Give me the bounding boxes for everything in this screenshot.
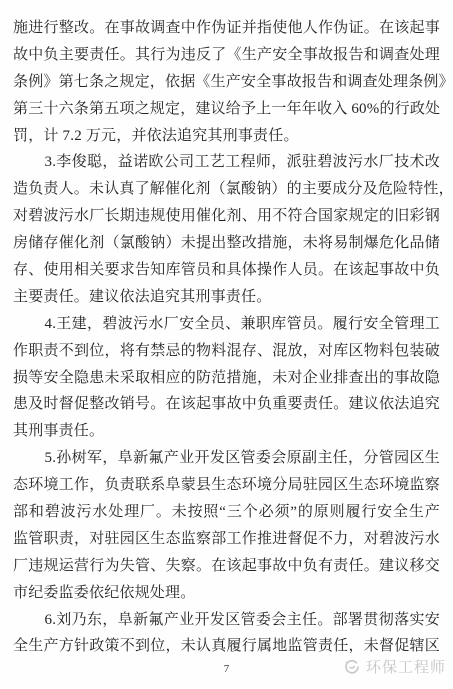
document-line: 存、使用相关要求告知库管员和具体操作人员。在该起事故中负 (13, 257, 440, 284)
document-line: 其刑事责任。 (13, 418, 440, 445)
document-line-paragraph-6-start: 6.刘乃东，阜新氟产业开发区管委会主任。部署贯彻落实安 (13, 607, 440, 634)
document-line: 患及时督促整改销号。在该起事故中负重要责任。建议依法追究 (13, 391, 440, 418)
document-line: 造负责人。未认真了解催化剂（氯酸钠）的主要成分及危险特性， (13, 176, 440, 203)
watermark-label: 环保工程师 (366, 656, 446, 677)
document-line: 厂违规运营行为失管、失察。在该起事故中负有责任。建议移交 (13, 553, 440, 580)
document-line: 部和碧波污水处理厂。未按照“三个必须”的原则履行安全生产 (13, 499, 440, 526)
document-line-paragraph-5-start: 5.孙树军，阜新氟产业开发区管委会原副主任，分管园区生 (13, 445, 440, 472)
document-line: 主要责任。建议依法追究其刑事责任。 (13, 284, 440, 311)
document-body-text: 施进行整改。在事故调查中作伪证并指使他人作伪证。在该起事 故中负主要责任。其行为… (13, 15, 440, 660)
leaf-circle-logo-icon (343, 658, 361, 676)
scanned-document-page: 施进行整改。在事故调查中作伪证并指使他人作伪证。在该起事 故中负主要责任。其行为… (0, 0, 453, 689)
document-line-paragraph-3-start: 3.李俊聪，益诺欧公司工艺工程师，派驻碧波污水厂技术改 (13, 149, 440, 176)
document-line: 条例》第七条之规定，依据《生产安全事故报告和调查处理条例》 (13, 69, 440, 96)
document-line: 房储存催化剂（氯酸钠）未提出整改措施，未将易制爆危化品储 (13, 230, 440, 257)
document-line: 罚，计 7.2 万元，并依法追究其刑事责任。 (13, 123, 440, 150)
document-line: 监管职责，对驻园区生态监察部工作推进督促不力，对碧波污水 (13, 526, 440, 553)
document-line: 作职责不到位，将有禁忌的物料混存、混放，对库区物料包装破 (13, 338, 440, 365)
document-line: 损等安全隐患未采取相应的防范措施，未对企业排查出的事故隐 (13, 365, 440, 392)
document-line: 态环境工作，负责联系阜蒙县生态环境分局驻园区生态环境监察 (13, 472, 440, 499)
document-line: 对碧波污水厂长期违规使用催化剂、用不符合国家规定的旧彩钢 (13, 203, 440, 230)
watermark: 环保工程师 (343, 656, 446, 677)
document-line: 市纪委监委依纪依规处理。 (13, 580, 440, 607)
document-line: 第三十六条第五项之规定，建议给予上一年年收入 60%的行政处 (13, 96, 440, 123)
document-line-paragraph-4-start: 4.王建，碧波污水厂安全员、兼职库管员。履行安全管理工 (13, 311, 440, 338)
document-line: 故中负主要责任。其行为违反了《生产安全事故报告和调查处理 (13, 42, 440, 69)
document-line: 施进行整改。在事故调查中作伪证并指使他人作伪证。在该起事 (13, 15, 440, 42)
